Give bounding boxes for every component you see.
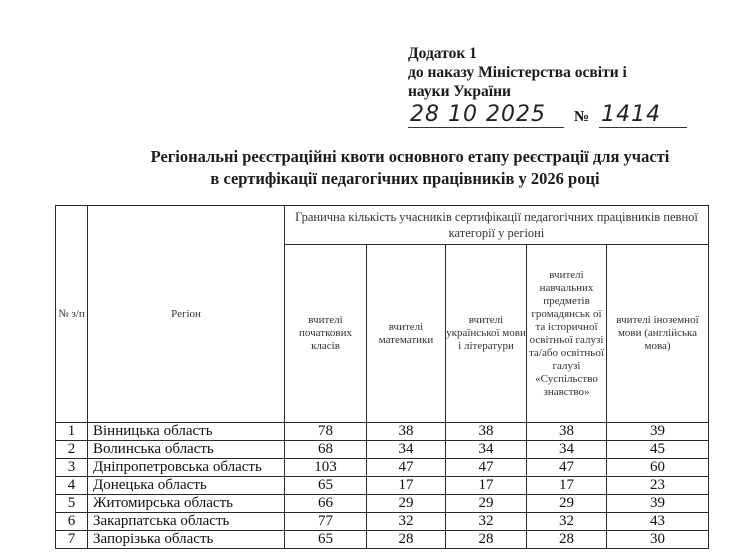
table-row: 4Донецька область6517171723 — [56, 477, 709, 495]
cell-civic-history: 38 — [527, 423, 607, 441]
cell-math: 29 — [367, 495, 446, 513]
cell-ukrainian: 29 — [446, 495, 527, 513]
cell-math: 17 — [367, 477, 446, 495]
row-index: 1 — [56, 423, 88, 441]
annex-ministry-line: науки України — [408, 82, 627, 101]
row-index: 4 — [56, 477, 88, 495]
annex-block: Додаток 1 до наказу Міністерства освіти … — [408, 44, 627, 101]
title-line-1: Регіональні реєстраційні квоти основного… — [0, 146, 750, 168]
table-row: 2Волинська область6834343445 — [56, 441, 709, 459]
cell-ukrainian: 47 — [446, 459, 527, 477]
cell-primary: 68 — [285, 441, 367, 459]
cell-math: 34 — [367, 441, 446, 459]
cell-primary: 65 — [285, 477, 367, 495]
number-sign: № — [574, 109, 589, 125]
row-region: Закарпатська область — [88, 513, 285, 531]
cell-english: 43 — [607, 513, 709, 531]
cell-math: 47 — [367, 459, 446, 477]
annex-title: Додаток 1 — [408, 44, 627, 63]
table-row: 6Закарпатська область7732323243 — [56, 513, 709, 531]
row-index: 7 — [56, 531, 88, 549]
cell-civic-history: 34 — [527, 441, 607, 459]
header-group-limit: Гранична кількість учасників сертифікаці… — [285, 206, 709, 245]
cell-civic-history: 17 — [527, 477, 607, 495]
cell-primary: 65 — [285, 531, 367, 549]
row-region: Донецька область — [88, 477, 285, 495]
order-signature-row: 28 10 2025 № 1414 — [408, 104, 688, 130]
cell-ukrainian: 28 — [446, 531, 527, 549]
header-region: Регіон — [88, 206, 285, 423]
cell-ukrainian: 38 — [446, 423, 527, 441]
cell-english: 23 — [607, 477, 709, 495]
cell-civic-history: 28 — [527, 531, 607, 549]
cell-ukrainian: 34 — [446, 441, 527, 459]
header-math-teachers: вчителі математики — [367, 245, 446, 423]
table-row: 1Вінницька область7838383839 — [56, 423, 709, 441]
row-region: Волинська область — [88, 441, 285, 459]
row-region: Вінницька область — [88, 423, 285, 441]
row-index: 5 — [56, 495, 88, 513]
cell-civic-history: 47 — [527, 459, 607, 477]
cell-english: 39 — [607, 423, 709, 441]
header-ukrainian-teachers: вчителі української мови і літератури — [446, 245, 527, 423]
cell-primary: 103 — [285, 459, 367, 477]
row-index: 3 — [56, 459, 88, 477]
document-title: Регіональні реєстраційні квоти основного… — [0, 146, 750, 190]
cell-english: 30 — [607, 531, 709, 549]
row-region: Житомирська область — [88, 495, 285, 513]
row-index: 2 — [56, 441, 88, 459]
annex-order-line: до наказу Міністерства освіти і — [408, 63, 627, 82]
header-index: № з/п — [56, 206, 88, 423]
row-index: 6 — [56, 513, 88, 531]
cell-math: 32 — [367, 513, 446, 531]
cell-english: 39 — [607, 495, 709, 513]
order-number: 1414 — [599, 104, 687, 128]
table-row: 5Житомирська область6629292939 — [56, 495, 709, 513]
cell-ukrainian: 32 — [446, 513, 527, 531]
cell-civic-history: 32 — [527, 513, 607, 531]
table-row: 7Запорізька область6528282830 — [56, 531, 709, 549]
cell-english: 60 — [607, 459, 709, 477]
title-line-2: в сертифікації педагогічних працівників … — [0, 168, 750, 190]
row-region: Дніпропетровська область — [88, 459, 285, 477]
header-english-teachers: вчителі іноземної мови (англійська мова) — [607, 245, 709, 423]
cell-english: 45 — [607, 441, 709, 459]
cell-ukrainian: 17 — [446, 477, 527, 495]
cell-primary: 77 — [285, 513, 367, 531]
cell-primary: 78 — [285, 423, 367, 441]
cell-math: 28 — [367, 531, 446, 549]
cell-primary: 66 — [285, 495, 367, 513]
quota-table: № з/п Регіон Гранична кількість учасникі… — [55, 205, 709, 549]
table-row: 3Дніпропетровська область10347474760 — [56, 459, 709, 477]
row-region: Запорізька область — [88, 531, 285, 549]
header-civic-history-teachers: вчителі навчальних предметів громадянськ… — [527, 245, 607, 423]
header-primary-teachers: вчителі початкових класів — [285, 245, 367, 423]
cell-civic-history: 29 — [527, 495, 607, 513]
cell-math: 38 — [367, 423, 446, 441]
order-date: 28 10 2025 — [408, 104, 564, 128]
